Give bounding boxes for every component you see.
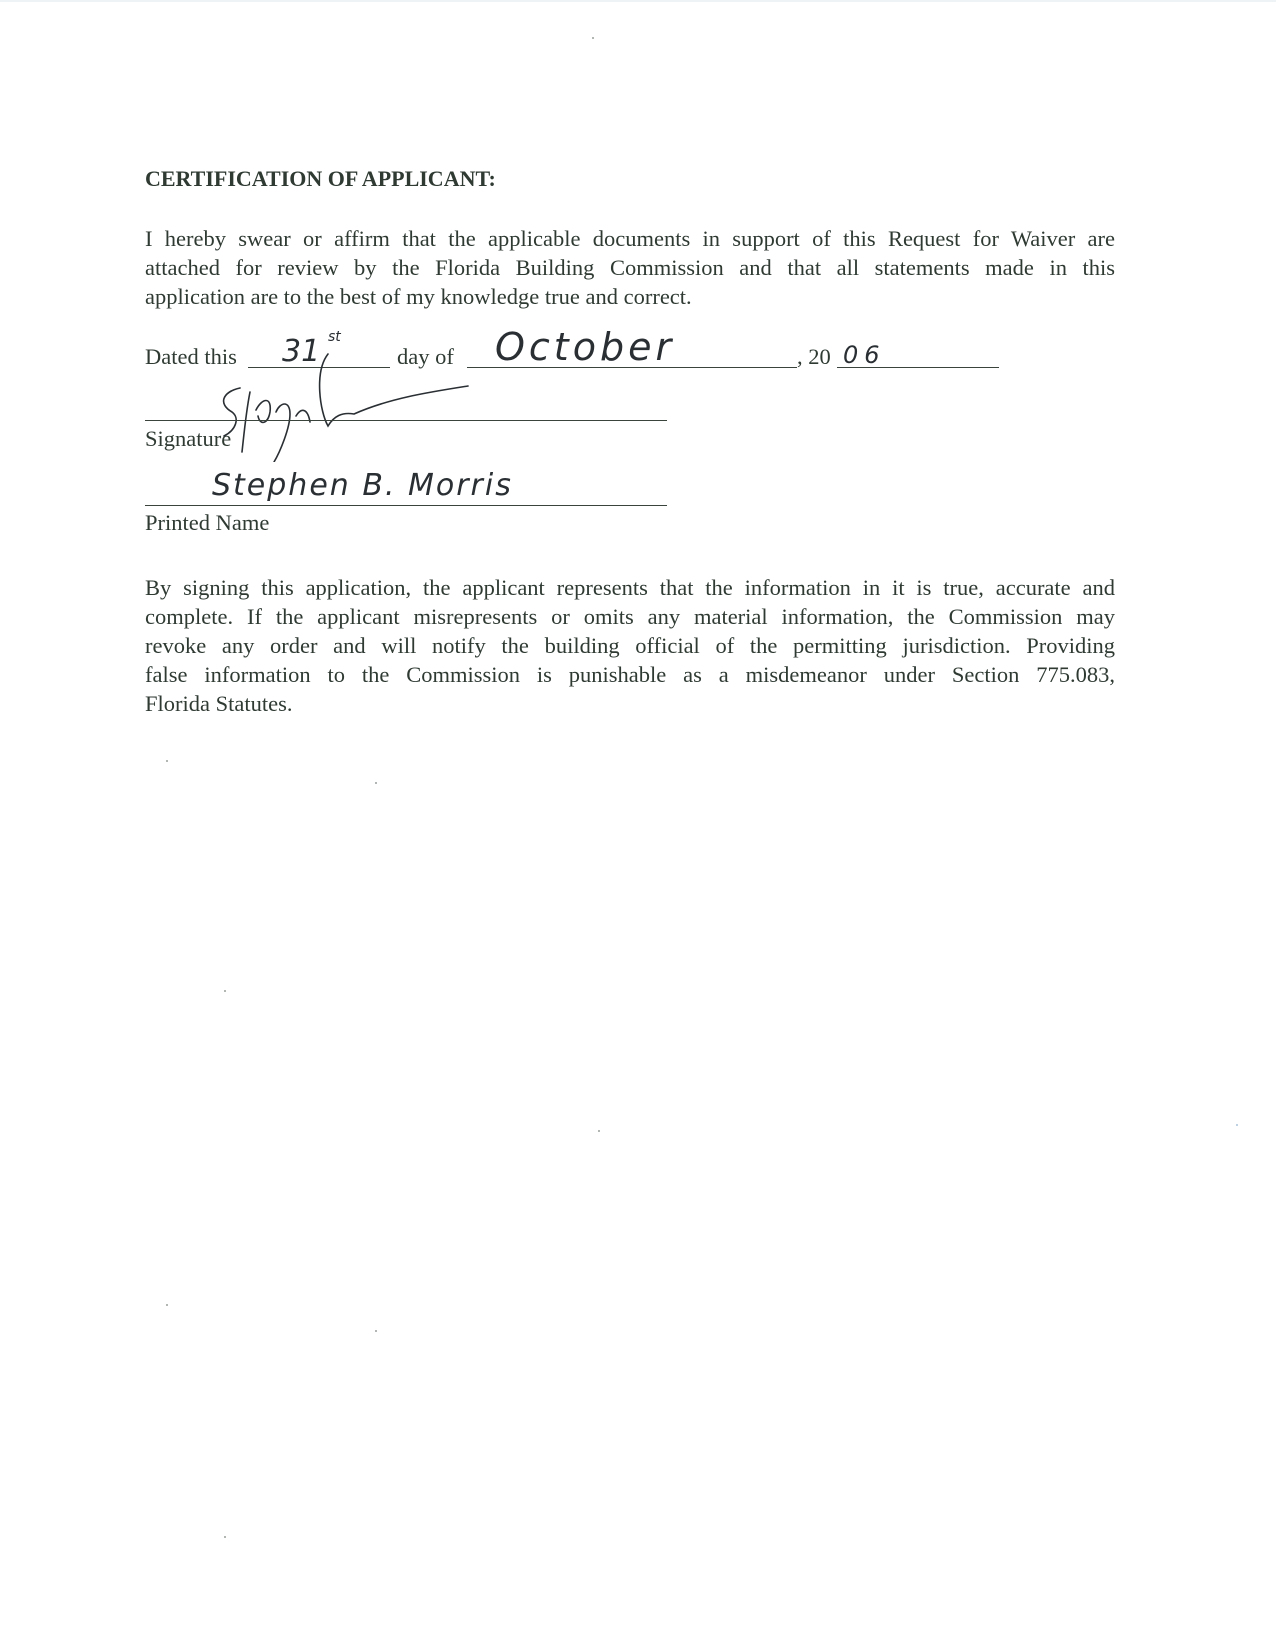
scan-speck (224, 1536, 226, 1538)
scan-speck (375, 782, 377, 784)
document-page: ······························· CERTIFIC… (0, 0, 1276, 1652)
scan-speck (224, 990, 226, 992)
printed-name-label: Printed Name (145, 510, 269, 536)
year-value: 06 (843, 341, 886, 369)
disclaimer-line: complete. If the applicant misrepresents… (145, 602, 1115, 631)
signature-label: Signature (145, 426, 231, 452)
signature-stroke (210, 352, 470, 462)
disclaimer-line: revoke any order and will notify the bui… (145, 631, 1115, 660)
day-suffix: st (328, 329, 341, 345)
scan-speck (1236, 1124, 1238, 1126)
month-field[interactable]: October (467, 367, 797, 368)
year-field[interactable]: 06 (837, 367, 999, 368)
scan-speck (375, 1330, 377, 1332)
disclaimer-line: Florida Statutes. (145, 689, 1115, 718)
disclaimer-line: false information to the Commission is p… (145, 660, 1115, 689)
disclaimer-line: By signing this application, the applica… (145, 573, 1115, 602)
certification-line: I hereby swear or affirm that the applic… (145, 224, 1115, 253)
printed-name-value: Stephen B. Morris (212, 468, 513, 503)
printed-name-line (145, 505, 667, 506)
scan-speck (166, 1304, 168, 1306)
year-prefix: , 20 (797, 344, 831, 370)
month-value: October (495, 325, 675, 369)
scan-speck (166, 760, 168, 762)
scan-speck (592, 37, 594, 39)
signature-line (145, 420, 667, 421)
section-heading: CERTIFICATION OF APPLICANT: (145, 166, 496, 192)
scan-speck (598, 1130, 600, 1132)
disclaimer-paragraph: By signing this application, the applica… (145, 573, 1115, 718)
certification-paragraph: I hereby swear or affirm that the applic… (145, 224, 1115, 311)
certification-line: application are to the best of my knowle… (145, 282, 1115, 311)
certification-line: attached for review by the Florida Build… (145, 253, 1115, 282)
